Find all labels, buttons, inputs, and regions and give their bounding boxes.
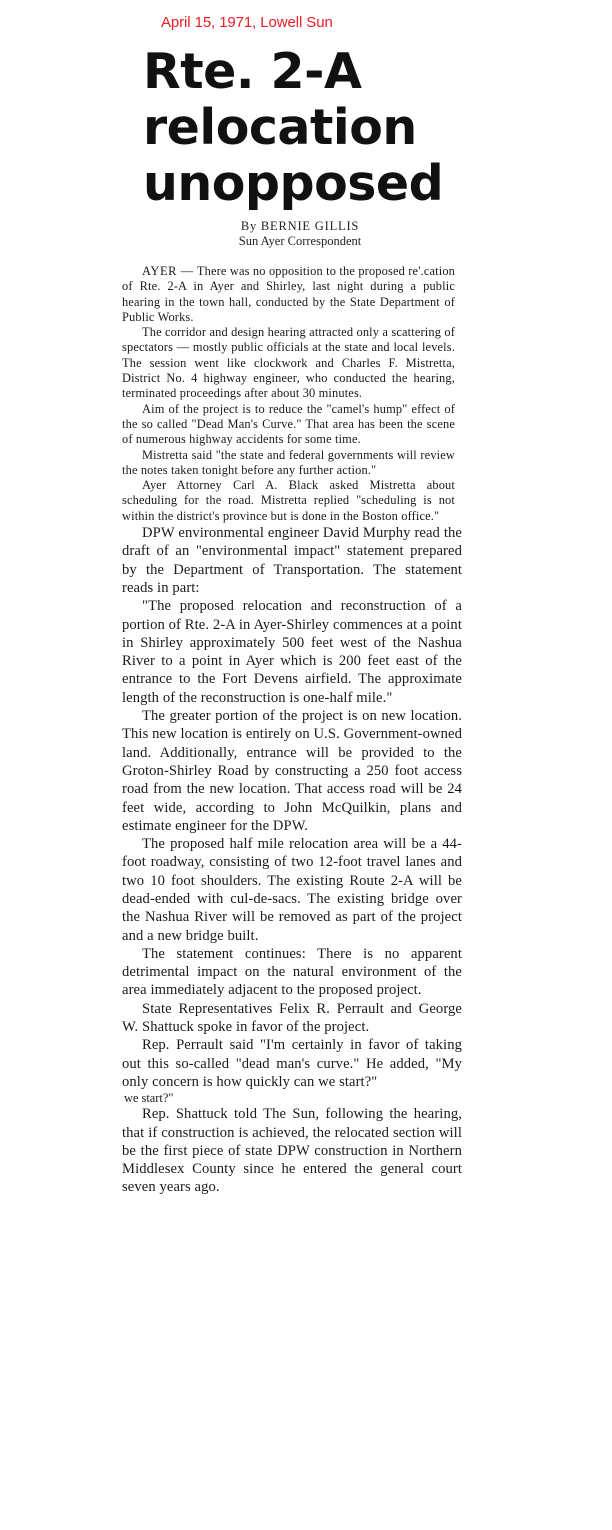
source-caption: April 15, 1971, Lowell Sun [161, 14, 333, 31]
article-paragraph: Ayer Attorney Carl A. Black asked Mistre… [122, 478, 455, 524]
article-paragraph: The statement continues: There is no app… [122, 945, 462, 1000]
byline: By BERNIE GILLIS Sun Ayer Correspondent [140, 219, 460, 249]
article-paragraph: Aim of the project is to reduce the "cam… [122, 402, 455, 448]
headline-line-1: Rte. 2-A [143, 44, 463, 100]
article-paragraph: The proposed half mile relocation area w… [122, 835, 462, 945]
article-section-small-type: AYER — There was no opposition to the pr… [122, 264, 455, 524]
duplicated-line: we start?" [122, 1091, 455, 1105]
article-section-large-type: DPW environmental engineer David Murphy … [122, 524, 462, 1091]
headline-line-2: relocation [143, 100, 463, 156]
headline-line-3: unopposed [143, 156, 463, 212]
article-paragraph: State Representatives Felix R. Perrault … [122, 1000, 462, 1037]
headline: Rte. 2-A relocation unopposed [143, 44, 463, 212]
article-body: AYER — There was no opposition to the pr… [122, 264, 455, 1197]
byline-role: Sun Ayer Correspondent [140, 234, 460, 249]
article-paragraph: "The proposed relocation and reconstruct… [122, 597, 462, 707]
article-paragraph: DPW environmental engineer David Murphy … [122, 524, 462, 597]
dateline: AYER — [142, 264, 194, 278]
article-paragraph: AYER — There was no opposition to the pr… [122, 264, 455, 325]
article-section-final: Rep. Shattuck told The Sun, following th… [122, 1105, 462, 1196]
article-paragraph: The greater portion of the project is on… [122, 707, 462, 835]
article-paragraph: The corridor and design hearing attracte… [122, 325, 455, 401]
article-paragraph: Mistretta said "the state and federal go… [122, 448, 455, 479]
article-paragraph: Rep. Perrault said "I'm certainly in fav… [122, 1036, 462, 1091]
byline-author: By BERNIE GILLIS [140, 219, 460, 234]
article-paragraph: Rep. Shattuck told The Sun, following th… [122, 1105, 462, 1196]
